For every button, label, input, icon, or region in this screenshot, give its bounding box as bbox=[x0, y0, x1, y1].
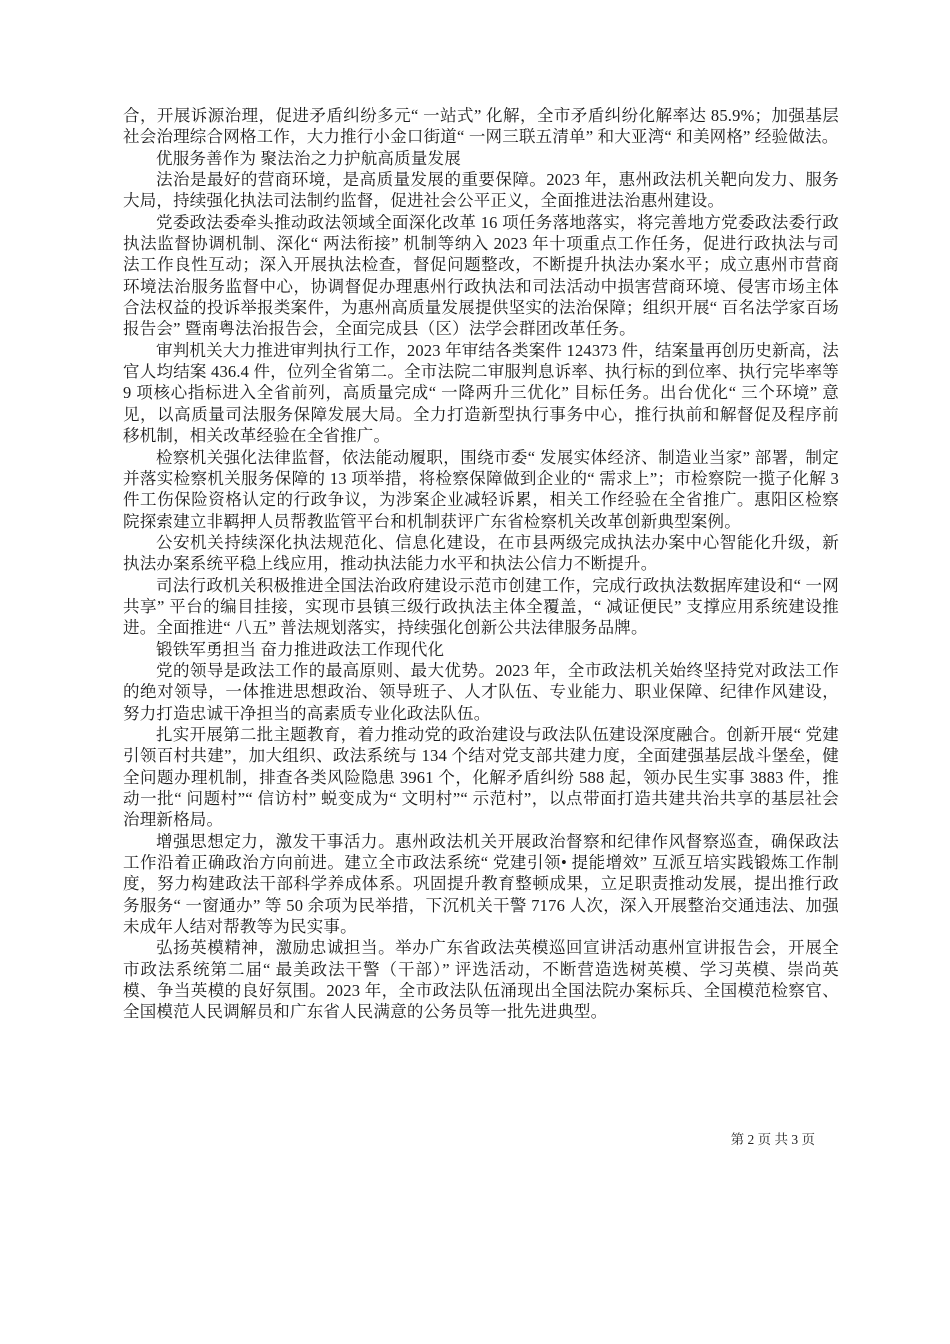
paragraph-continuation: 合，开展诉源治理，促进矛盾纠纷多元“ 一站式” 化解，全市矛盾纠纷化解率达 85… bbox=[123, 105, 839, 148]
paragraph: 弘扬英模精神，激励忠诚担当。举办广东省政法英模巡回宣讲活动惠州宣讲报告会，开展全… bbox=[123, 937, 839, 1022]
paragraph: 法治是最好的营商环境，是高质量发展的重要保障。2023 年，惠州政法机关靶向发力… bbox=[123, 169, 839, 212]
page-number-footer: 第 2 页 共 3 页 bbox=[123, 1128, 815, 1148]
document-page: 合，开展诉源治理，促进矛盾纠纷多元“ 一站式” 化解，全市矛盾纠纷化解率达 85… bbox=[0, 0, 950, 1344]
section-heading: 锻铁军勇担当 奋力推进政法工作现代化 bbox=[123, 639, 839, 660]
paragraph: 增强思想定力，激发干事活力。惠州政法机关开展政治督察和纪律作风督察巡查，确保政法… bbox=[123, 831, 839, 938]
paragraph: 司法行政机关积极推进全国法治政府建设示范市创建工作，完成行政执法数据库建设和“ … bbox=[123, 575, 839, 639]
section-heading: 优服务善作为 聚法治之力护航高质量发展 bbox=[123, 148, 839, 169]
paragraph: 扎实开展第二批主题教育，着力推动党的政治建设与政法队伍建设深度融合。创新开展“ … bbox=[123, 724, 839, 831]
paragraph: 公安机关持续深化执法规范化、信息化建设，在市县两级完成执法办案中心智能化升级，新… bbox=[123, 532, 839, 575]
paragraph: 审判机关大力推进审判执行工作，2023 年审结各类案件 124373 件，结案量… bbox=[123, 340, 839, 447]
paragraph: 检察机关强化法律监督，依法能动履职，围绕市委“ 发展实体经济、制造业当家” 部署… bbox=[123, 447, 839, 532]
paragraph: 党委政法委牵头推动政法领域全面深化改革 16 项任务落地落实，将完善地方党委政法… bbox=[123, 212, 839, 340]
paragraph: 党的领导是政法工作的最高原则、最大优势。2023 年，全市政法机关始终坚持党对政… bbox=[123, 660, 839, 724]
document-text-block: 合，开展诉源治理，促进矛盾纠纷多元“ 一站式” 化解，全市矛盾纠纷化解率达 85… bbox=[123, 105, 839, 1023]
